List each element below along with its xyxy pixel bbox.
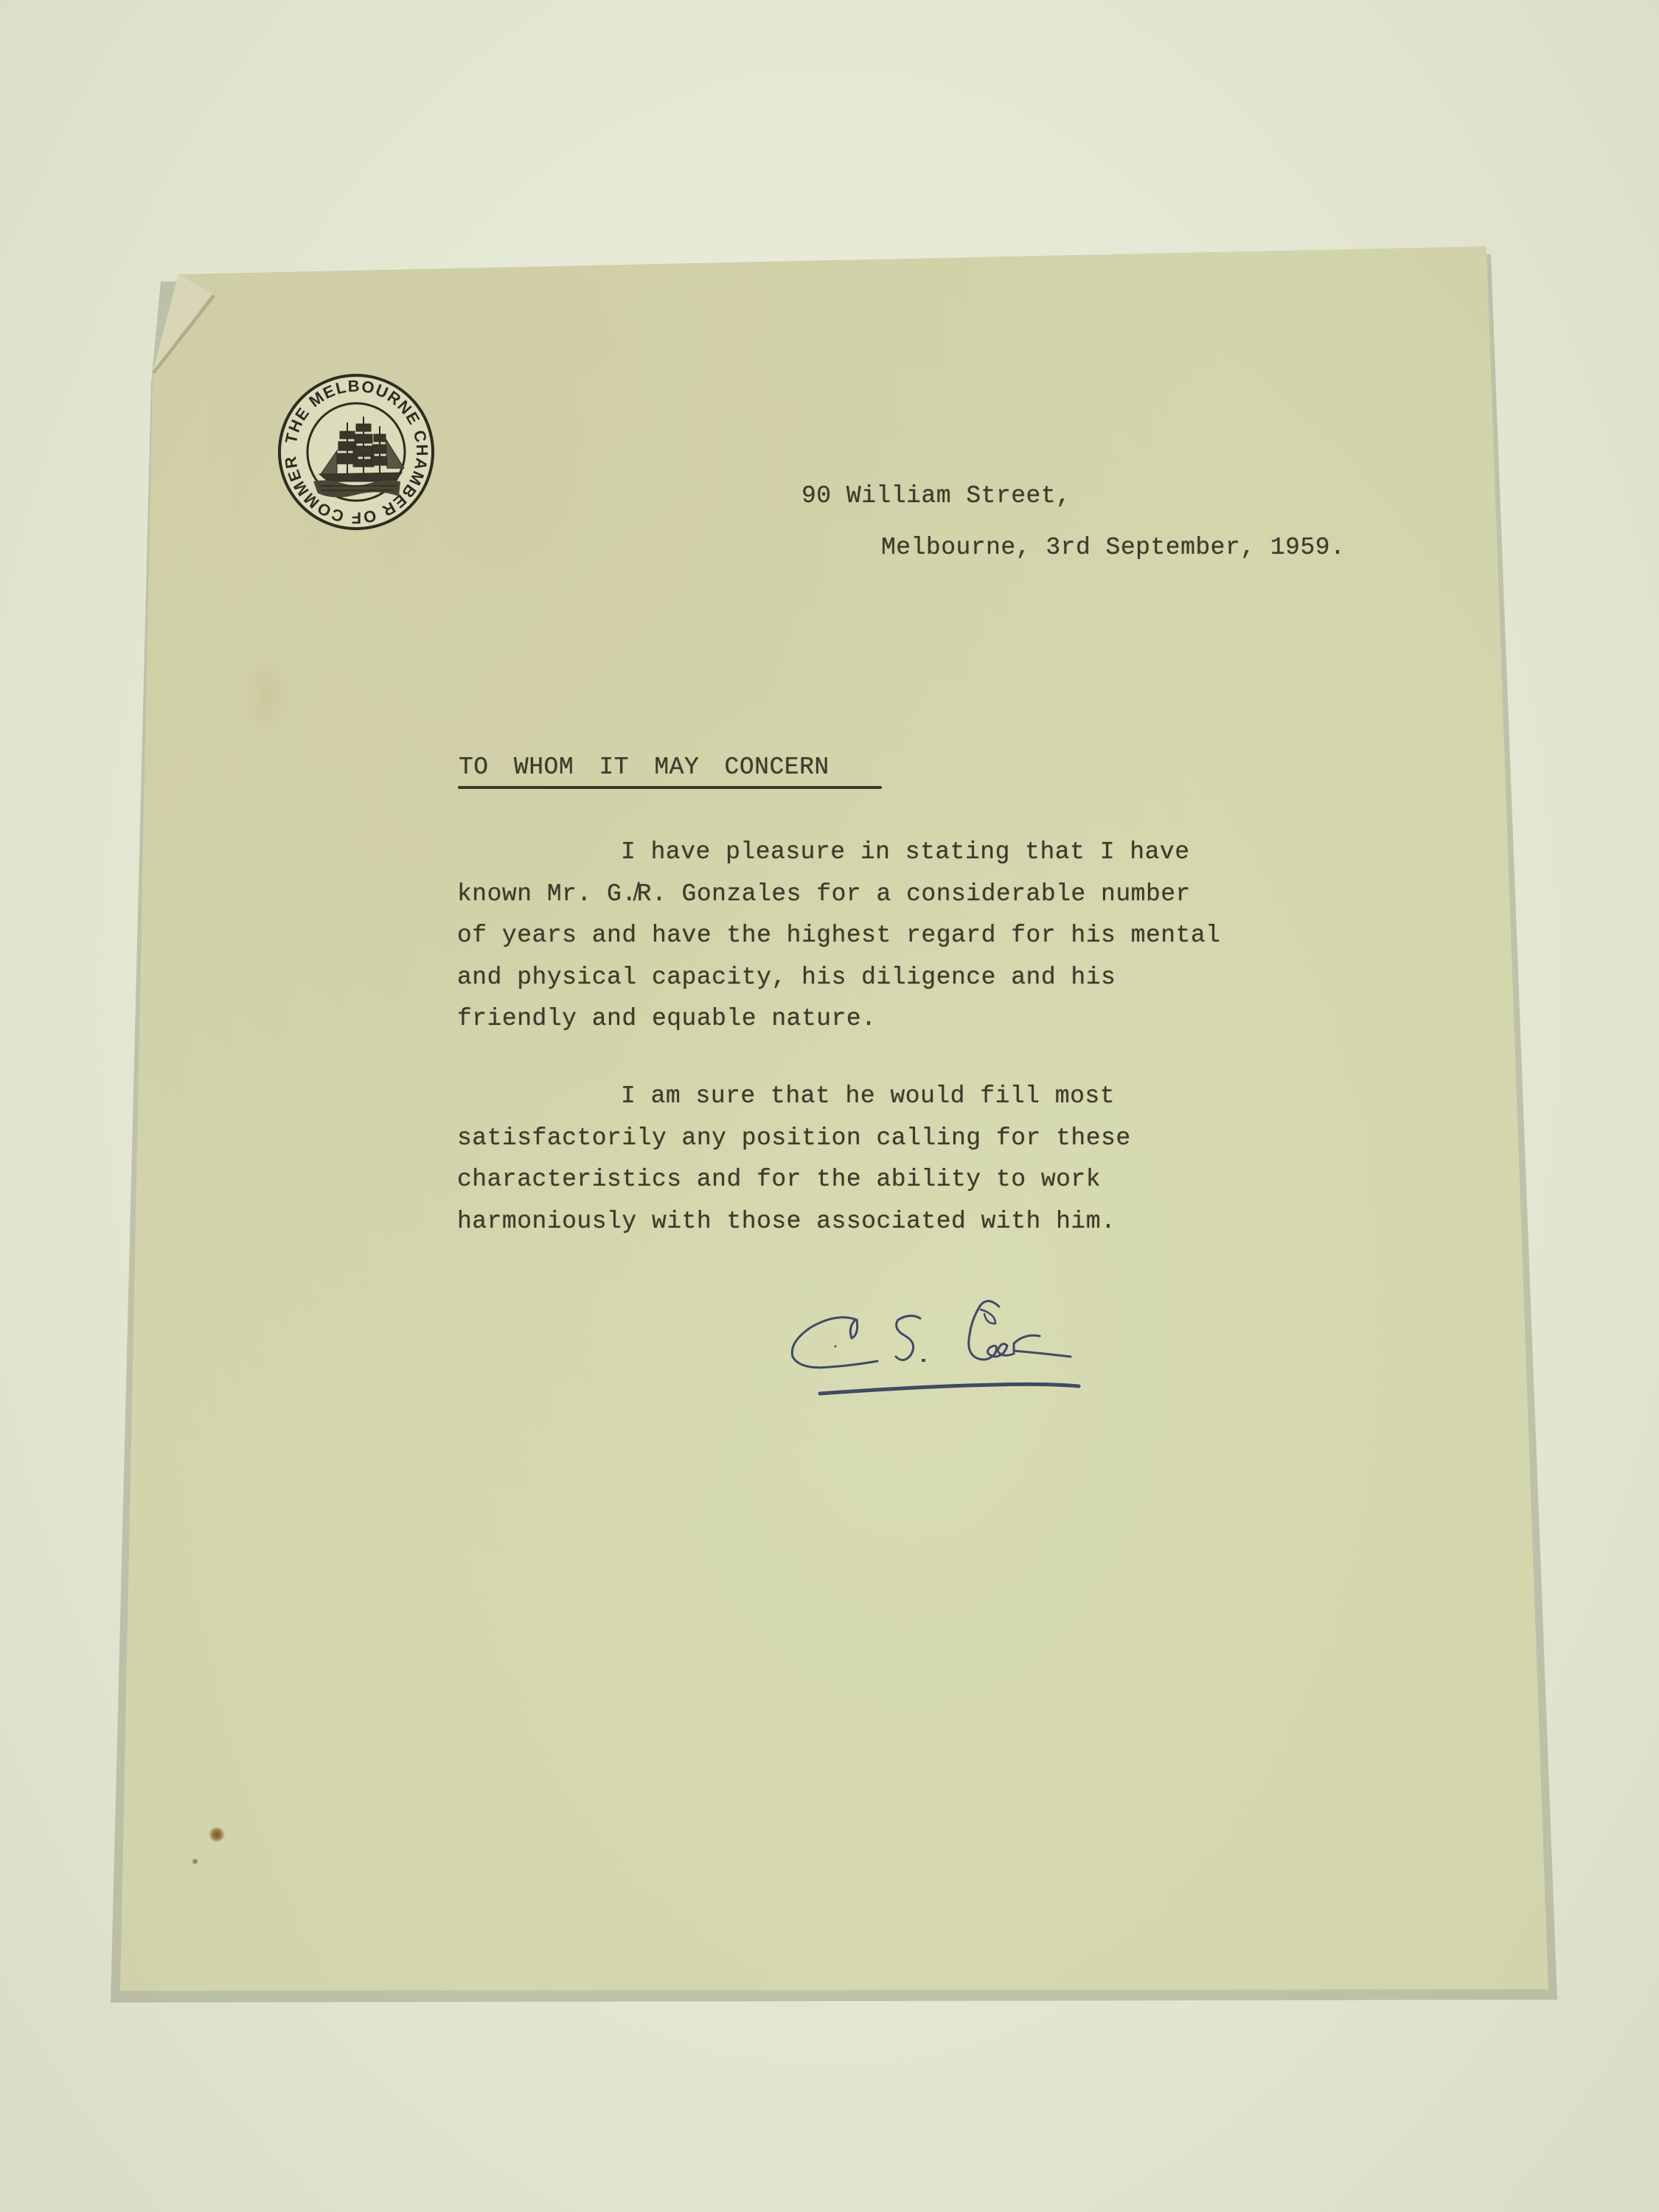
address-city-date: Melbourne, 3rd September, 1959. (881, 534, 1345, 561)
handwritten-signature: C. S. Coo (774, 1283, 1099, 1408)
paragraph-line: characteristics and for the ability to w… (457, 1159, 1131, 1201)
letter-heading: TO WHOM IT MAY CONCERN (459, 754, 829, 781)
heading-underline (458, 786, 882, 789)
foxing-stain (209, 1827, 225, 1842)
chamber-of-commerce-seal: THE MELBOURNE CHAMBER OF COMMERCE (275, 371, 437, 533)
signature-strokes (792, 1301, 1079, 1394)
letter-paragraph-2: I am sure that he would fill most satisf… (457, 1076, 1131, 1242)
paragraph-line: and physical capacity, his diligence and… (457, 957, 1220, 999)
paragraph-line: friendly and equable nature. (457, 998, 1220, 1040)
address-street: 90 William Street, (801, 482, 1071, 509)
letter-paragraph-1: I have pleasure in stating that I have k… (457, 832, 1220, 1040)
paragraph-line: known Mr. G.̸R. Gonzales for a considera… (457, 874, 1220, 916)
paragraph-line: of years and have the highest regard for… (457, 915, 1220, 957)
paragraph-line: harmoniously with those associated with … (457, 1201, 1131, 1243)
paragraph-line: I am sure that he would fill most (457, 1076, 1131, 1118)
paragraph-line: satisfactorily any position calling for … (457, 1118, 1131, 1160)
paragraph-line: I have pleasure in stating that I have (457, 832, 1220, 874)
paper-discoloration (243, 656, 288, 737)
foxing-stain (192, 1858, 198, 1865)
